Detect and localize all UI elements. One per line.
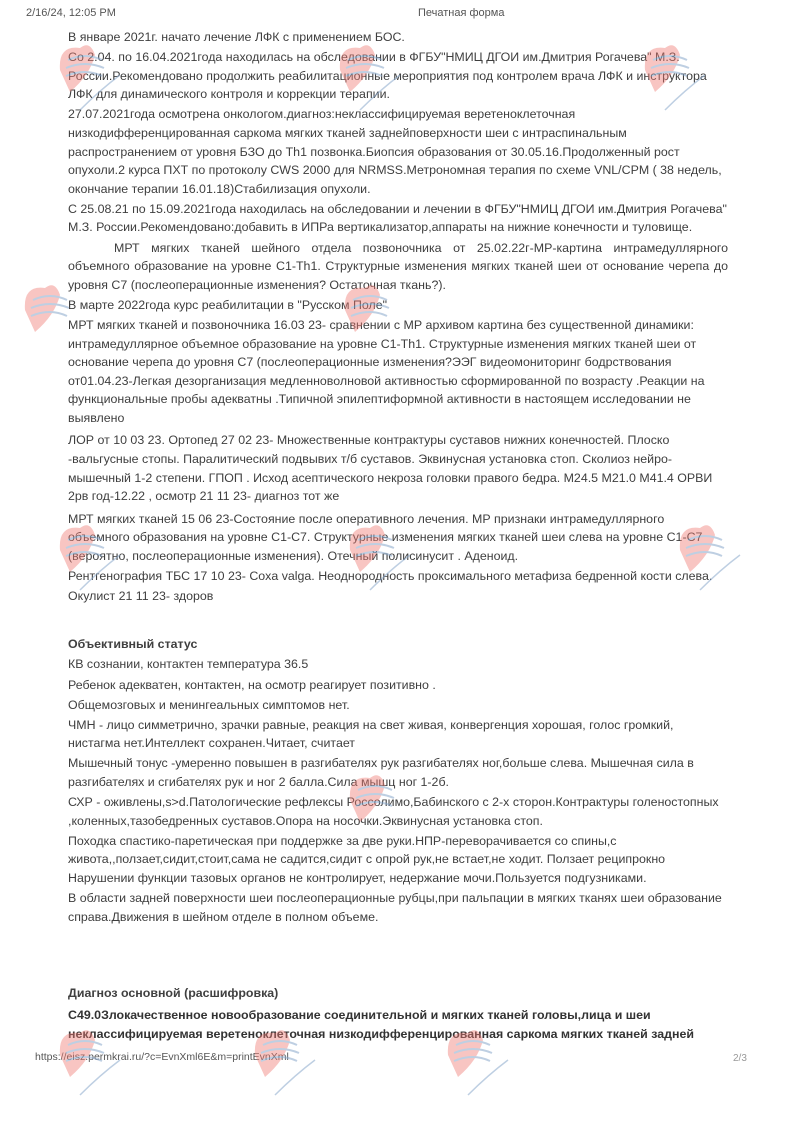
lor-orthoped-paragraph: ЛОР от 10 03 23. Ортопед 27 02 23- Множе…: [68, 431, 728, 505]
objective-line: Походка спастико-паретическая при поддер…: [68, 832, 728, 888]
oculist-paragraph: Окулист 21 11 23- здоров: [68, 587, 728, 606]
history-paragraph: Со 2.04. по 16.04.2021года находилась на…: [68, 48, 728, 104]
document-body: В январе 2021г. начато лечение ЛФК с при…: [68, 28, 728, 1045]
diagnosis-text: С49.0Злокачественное новообразование сое…: [68, 1006, 728, 1043]
print-date: 2/16/24, 12:05 PM: [26, 7, 116, 19]
mri-2022-paragraph: МРТ мягких тканей шейного отдела позвоно…: [68, 239, 728, 295]
objective-line: Мышечный тонус -умеренно повышен в разги…: [68, 754, 728, 791]
page-number: 2/3: [733, 1053, 747, 1064]
history-paragraph: С 25.08.21 по 15.09.2021года находилась …: [68, 200, 728, 237]
objective-line: КВ сознании, контактен температура 36.5: [68, 655, 728, 674]
footer-url: https://eisz.permkrai.ru/?c=EvnXml6E&m=p…: [35, 1051, 289, 1063]
objective-line: Ребенок адекватен, контактен, на осмотр …: [68, 676, 728, 695]
print-title: Печатная форма: [418, 7, 504, 19]
mri-jun-2023-paragraph: МРТ мягких тканей 15 06 23-Состояние пос…: [68, 510, 728, 566]
objective-line: В области задней поверхности шеи послеоп…: [68, 889, 728, 926]
objective-status-title: Объективный статус: [68, 635, 728, 654]
mri-2023-paragraph: МРТ мягких тканей и позвоночника 16.03 2…: [68, 316, 728, 428]
history-paragraph: В январе 2021г. начато лечение ЛФК с при…: [68, 28, 728, 47]
xray-paragraph: Рентгенография ТБС 17 10 23- Coxa valga.…: [68, 567, 728, 586]
rehab-paragraph: В марте 2022года курс реабилитации в "Ру…: [68, 296, 728, 315]
objective-line: ЧМН - лицо симметрично, зрачки равные, р…: [68, 716, 728, 753]
objective-line: СХР - оживлены,s>d.Патологические рефлек…: [68, 793, 728, 830]
history-paragraph: 27.07.2021года осмотрена онкологом.диагн…: [68, 105, 728, 198]
objective-line: Общемозговых и менингеальных симптомов н…: [68, 696, 728, 715]
diagnosis-title: Диагноз основной (расшифровка): [68, 984, 728, 1003]
